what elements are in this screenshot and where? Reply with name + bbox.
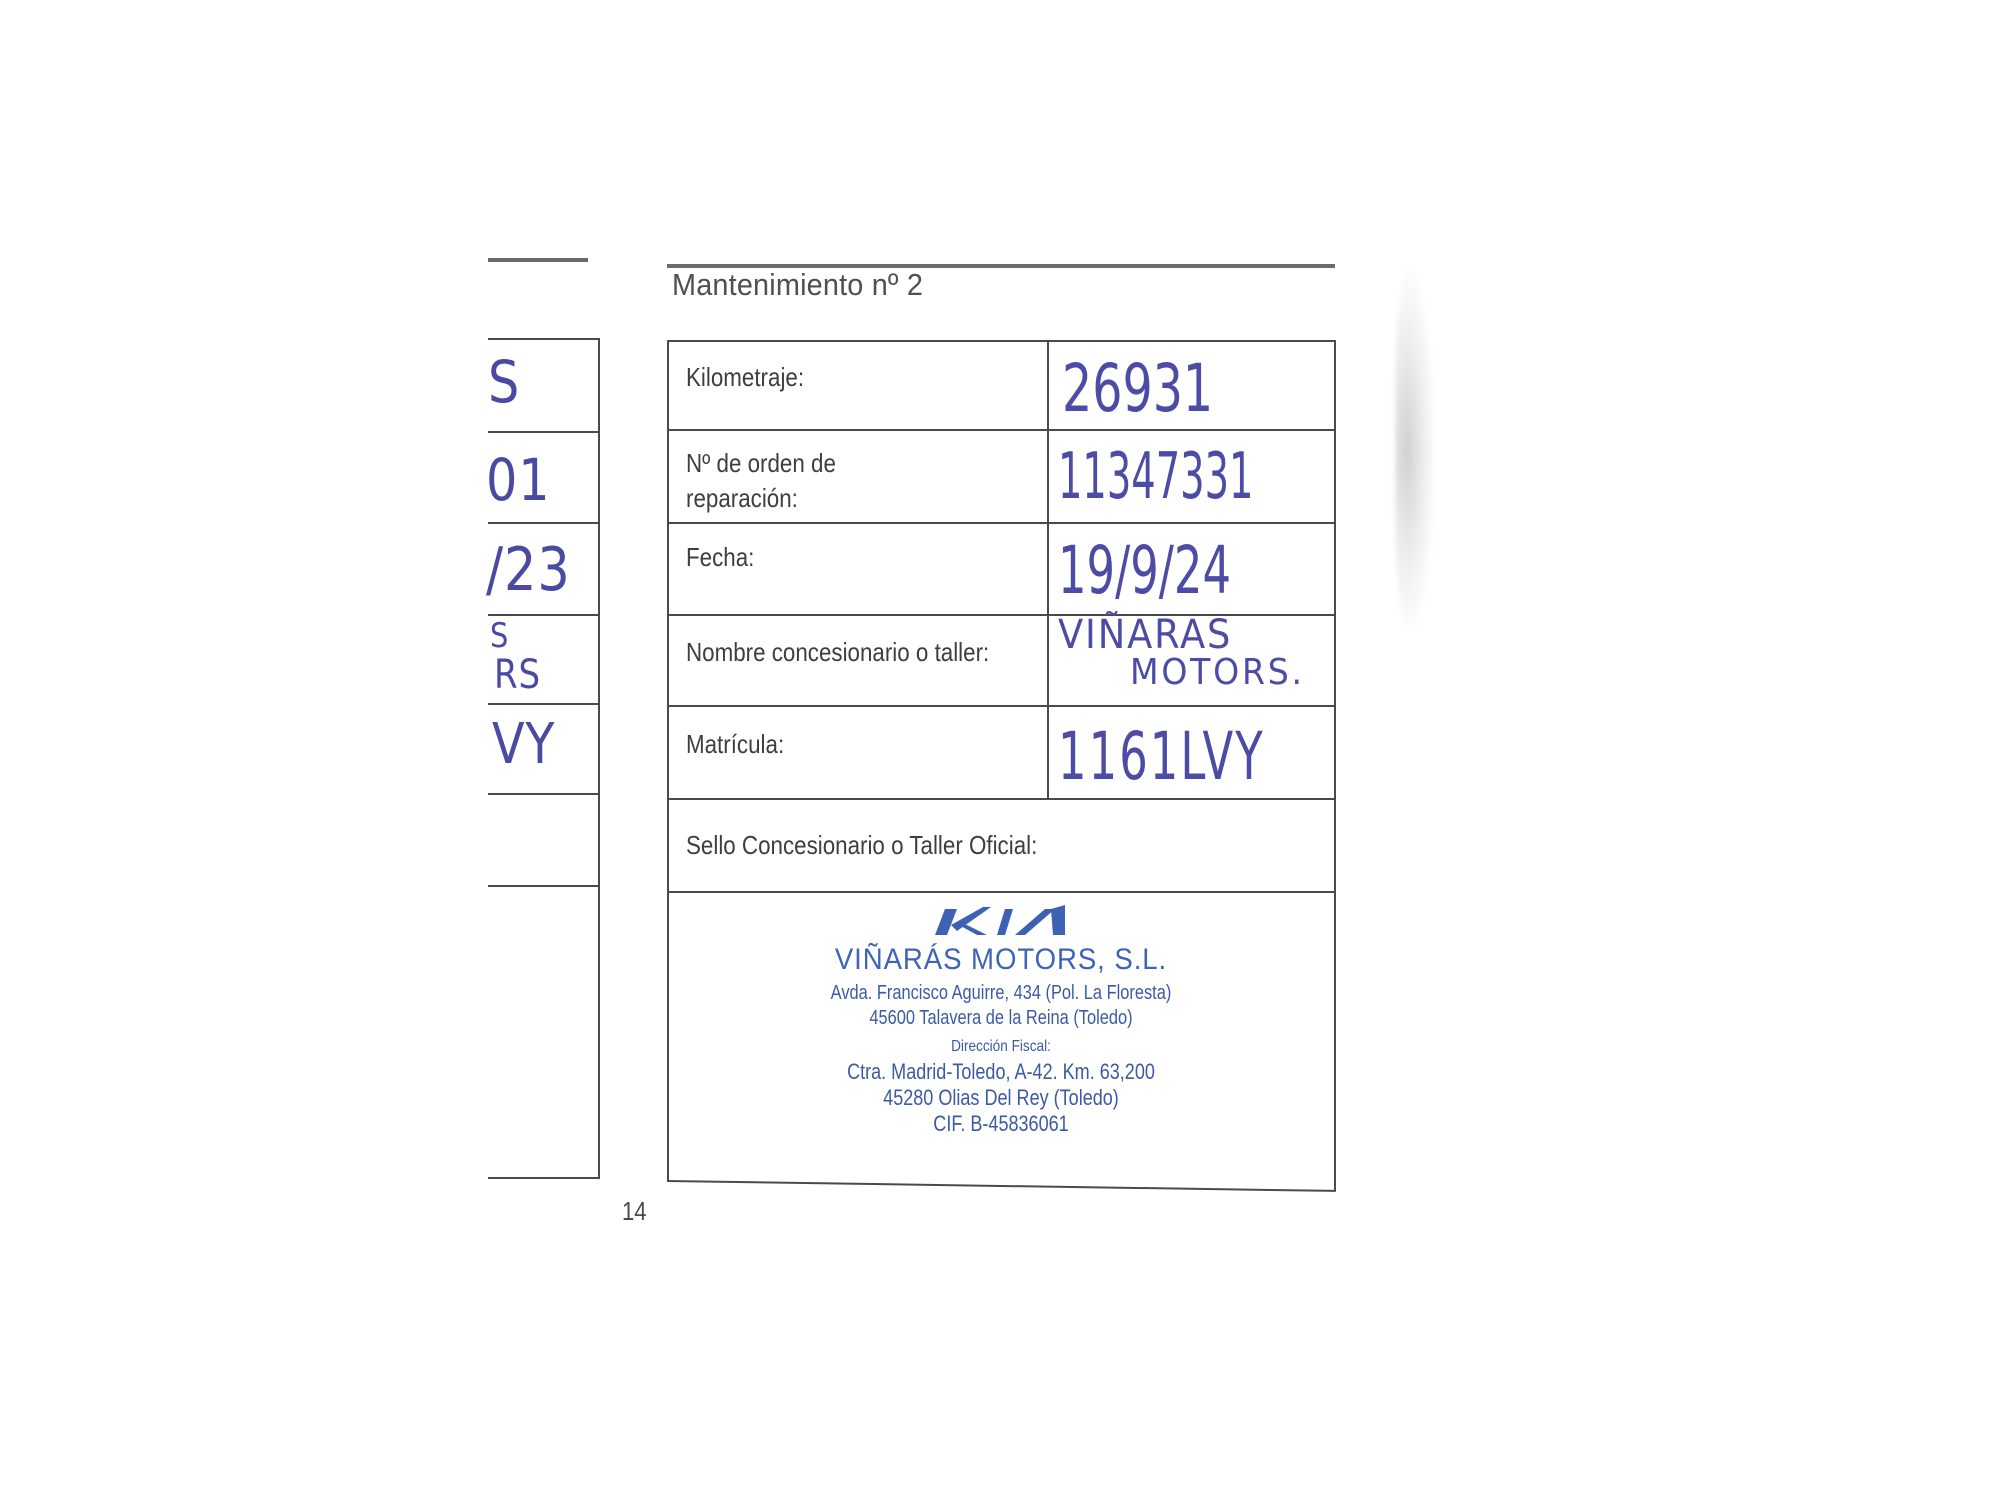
label-orden-reparacion: Nº de orden de reparación: xyxy=(686,446,836,516)
row-divider xyxy=(667,891,1335,893)
dealer-stamp: VIÑARÁS MOTORS, S.L. Avda. Francisco Agu… xyxy=(668,895,1334,1137)
stamp-address-2: 45600 Talavera de la Reina (Toledo) xyxy=(728,1006,1274,1031)
left-fragment: S xyxy=(488,348,520,416)
label-sello: Sello Concesionario o Taller Oficial: xyxy=(686,828,1037,863)
value-orden-reparacion[interactable]: 11347331 xyxy=(1058,440,1253,514)
value-kilometraje[interactable]: 26931 xyxy=(1062,350,1213,427)
row-divider xyxy=(667,798,1335,800)
row-divider xyxy=(667,705,1335,707)
value-matricula[interactable]: 1161LVY xyxy=(1058,718,1265,795)
label-matricula: Matrícula: xyxy=(686,727,784,762)
stamp-fiscal-address-2: 45280 Olias Del Rey (Toledo) xyxy=(728,1085,1274,1111)
table-bottom-border xyxy=(667,1180,1336,1192)
left-fragment: VY xyxy=(492,712,555,777)
label-nombre-concesionario: Nombre concesionario o taller: xyxy=(686,635,989,670)
column-divider xyxy=(1047,340,1049,800)
table-top-border xyxy=(667,340,1335,342)
value-concesionario-line2[interactable]: MOTORS. xyxy=(1130,652,1305,693)
scan-smudge xyxy=(1395,270,1435,630)
left-fragment: S xyxy=(490,616,509,656)
left-table-line xyxy=(488,793,600,795)
table-right-border xyxy=(1334,340,1336,1191)
left-fragment: 01 xyxy=(486,446,550,514)
stamp-fiscal-address-1: Ctra. Madrid-Toledo, A-42. Km. 63,200 xyxy=(728,1059,1274,1085)
left-table-line xyxy=(488,522,600,524)
page-number: 14 xyxy=(622,1196,647,1227)
kia-logo-icon xyxy=(933,903,1069,937)
left-table-border xyxy=(598,338,600,1179)
stamp-address-1: Avda. Francisco Aguirre, 434 (Pol. La Fl… xyxy=(728,981,1274,1006)
label-orden-line1: Nº de orden de xyxy=(686,446,836,481)
left-table-line xyxy=(488,1177,598,1179)
label-kilometraje: Kilometraje: xyxy=(686,360,804,395)
stamp-fiscal-label: Dirección Fiscal: xyxy=(718,1035,1284,1059)
row-divider xyxy=(667,522,1335,524)
section-title: Mantenimiento nº 2 xyxy=(672,267,923,303)
left-table-line xyxy=(488,885,600,887)
left-fragment: RS xyxy=(494,652,541,698)
stamp-cif: CIF. B-45836061 xyxy=(728,1111,1274,1137)
label-orden-line2: reparación: xyxy=(686,481,836,516)
value-fecha[interactable]: 19/9/24 xyxy=(1058,532,1231,609)
left-fragment: /23 xyxy=(486,535,571,605)
left-top-rule xyxy=(488,258,588,262)
left-table-line xyxy=(488,431,600,433)
row-divider xyxy=(667,429,1335,431)
left-table-line xyxy=(488,338,600,340)
left-table-line xyxy=(488,703,600,705)
stamp-company-name: VIÑARÁS MOTORS, S.L. xyxy=(695,943,1308,977)
label-fecha: Fecha: xyxy=(686,540,754,575)
row-divider xyxy=(667,614,1335,616)
